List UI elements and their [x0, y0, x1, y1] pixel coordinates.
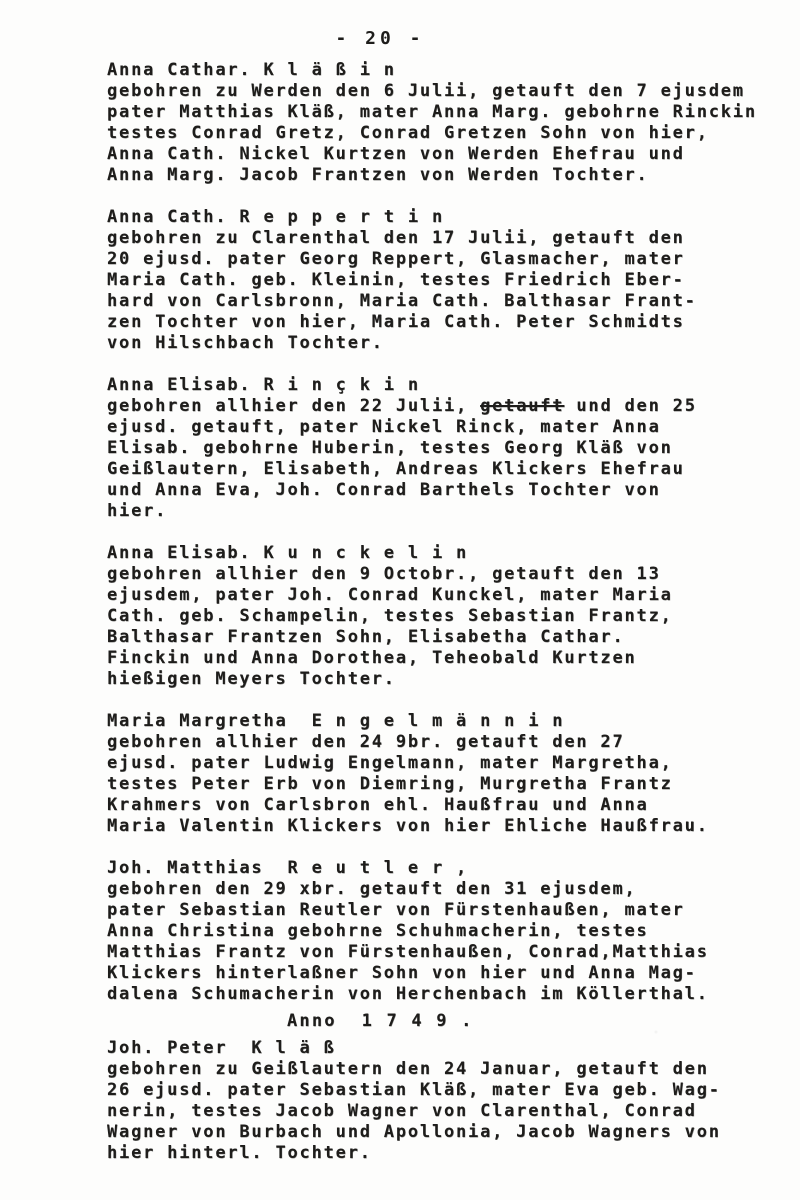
- entry-name-line: Anna Cathar. K l ä ß i n: [107, 60, 775, 81]
- entry-text-line: Balthasar Frantzen Sohn, Elisabetha Cath…: [107, 627, 775, 648]
- entry-text-line: dalena Schumacherin von Herchenbach im K…: [107, 984, 775, 1005]
- entry-text-line: pater Sebastian Reutler von Fürstenhauße…: [107, 900, 775, 921]
- entry-text-line: Wagner von Burbach und Apollonia, Jacob …: [107, 1122, 775, 1143]
- entry-text-line: testes Conrad Gretz, Conrad Gretzen Sohn…: [107, 123, 775, 144]
- register-content: Anna Cathar. K l ä ß i ngebohren zu Werd…: [107, 60, 775, 1185]
- entry-text-line: 26 ejusd. pater Sebastian Kläß, mater Ev…: [107, 1080, 775, 1101]
- entry-text-line: nerin, testes Jacob Wagner von Clarentha…: [107, 1101, 775, 1122]
- entry-name-line: Anna Elisab. R i n ç k i n: [107, 375, 775, 396]
- entry-text-line: gebohren allhier den 24 9br. getauft den…: [107, 732, 775, 753]
- entry-text-line: Anna Christina gebohrne Schuhmacherin, t…: [107, 921, 775, 942]
- entry-text-line: Klickers hinterlaßner Sohn von hier und …: [107, 963, 775, 984]
- entry-text-line: gebohren allhier den 22 Julii, getauft u…: [107, 396, 775, 417]
- entry-text-line: gebohren zu Werden den 6 Julii, getauft …: [107, 81, 775, 102]
- baptism-entry: Anna Cath. R e p p e r t i ngebohren zu …: [107, 207, 775, 354]
- baptism-entry: Joh. Peter K l ä ßgebohren zu Geißlauter…: [107, 1038, 775, 1164]
- baptism-entry: Anna Elisab. R i n ç k i ngebohren allhi…: [107, 375, 775, 522]
- entry-text-line: Elisab. gebohrne Huberin, testes Georg K…: [107, 438, 775, 459]
- entry-text-line: 20 ejusd. pater Georg Reppert, Glasmache…: [107, 249, 775, 270]
- baptism-entry: Anna Elisab. K u n c k e l i ngebohren a…: [107, 543, 775, 690]
- entry-name-line: Anna Cath. R e p p e r t i n: [107, 207, 775, 228]
- entry-text-line: ejusd. pater Ludwig Engelmann, mater Mar…: [107, 753, 775, 774]
- entry-text-line: Geißlautern, Elisabeth, Andreas Klickers…: [107, 459, 775, 480]
- entry-text-line: hard von Carlsbronn, Maria Cath. Balthas…: [107, 291, 775, 312]
- entry-text-line: gebohren allhier den 9 Octobr., getauft …: [107, 564, 775, 585]
- entry-name-line: Anna Elisab. K u n c k e l i n: [107, 543, 775, 564]
- entry-name-line: Maria Margretha E n g e l m ä n n i n: [107, 711, 775, 732]
- entry-name-line: Joh. Matthias R e u t l e r ,: [107, 858, 775, 879]
- baptism-entry: Maria Margretha E n g e l m ä n n i ngeb…: [107, 711, 775, 837]
- entry-text-line: gebohren den 29 xbr. getauft den 31 ejus…: [107, 879, 775, 900]
- entry-text-line: ejusdem, pater Joh. Conrad Kunckel, mate…: [107, 585, 775, 606]
- struck-word: getauft: [480, 396, 564, 416]
- baptism-entry: Joh. Matthias R e u t l e r ,gebohren de…: [107, 858, 775, 1005]
- entry-text-line: Finckin und Anna Dorothea, Teheobald Kur…: [107, 648, 775, 669]
- entry-text-line: ejusd. getauft, pater Nickel Rinck, mate…: [107, 417, 775, 438]
- entry-text-line: Maria Cath. geb. Kleinin, testes Friedri…: [107, 270, 775, 291]
- entry-text-line: pater Matthias Kläß, mater Anna Marg. ge…: [107, 102, 775, 123]
- anno-heading: Anno 1 7 4 9 .: [107, 1011, 775, 1032]
- entry-text-line: und Anna Eva, Joh. Conrad Barthels Tocht…: [107, 480, 775, 501]
- entry-text-line: Cath. geb. Schampelin, testes Sebastian …: [107, 606, 775, 627]
- entry-text-line: Anna Marg. Jacob Frantzen von Werden Toc…: [107, 165, 775, 186]
- entry-text-line: von Hilschbach Tochter.: [107, 333, 775, 354]
- entry-text-line: hießigen Meyers Tochter.: [107, 669, 775, 690]
- entry-text-line: zen Tochter von hier, Maria Cath. Peter …: [107, 312, 775, 333]
- baptism-entry: Anna Cathar. K l ä ß i ngebohren zu Werd…: [107, 60, 775, 186]
- entry-name-line: Joh. Peter K l ä ß: [107, 1038, 775, 1059]
- entry-text-line: testes Peter Erb von Diemring, Murgretha…: [107, 774, 775, 795]
- entry-text-line: Maria Valentin Klickers von hier Ehliche…: [107, 816, 775, 837]
- entry-text-line: gebohren zu Geißlautern den 24 Januar, g…: [107, 1059, 775, 1080]
- entry-text-line: Anna Cath. Nickel Kurtzen von Werden Ehe…: [107, 144, 775, 165]
- page-number: - 20 -: [0, 28, 760, 49]
- entry-text-line: Matthias Frantz von Fürstenhaußen, Conra…: [107, 942, 775, 963]
- entry-text-line: Krahmers von Carlsbron ehl. Haußfrau und…: [107, 795, 775, 816]
- entry-text-line: gebohren zu Clarenthal den 17 Julii, get…: [107, 228, 775, 249]
- entry-text-line: hier hinterl. Tochter.: [107, 1143, 775, 1164]
- entry-text-line: hier.: [107, 501, 775, 522]
- scanned-page: - 20 - Anna Cathar. K l ä ß i ngebohren …: [0, 0, 800, 1200]
